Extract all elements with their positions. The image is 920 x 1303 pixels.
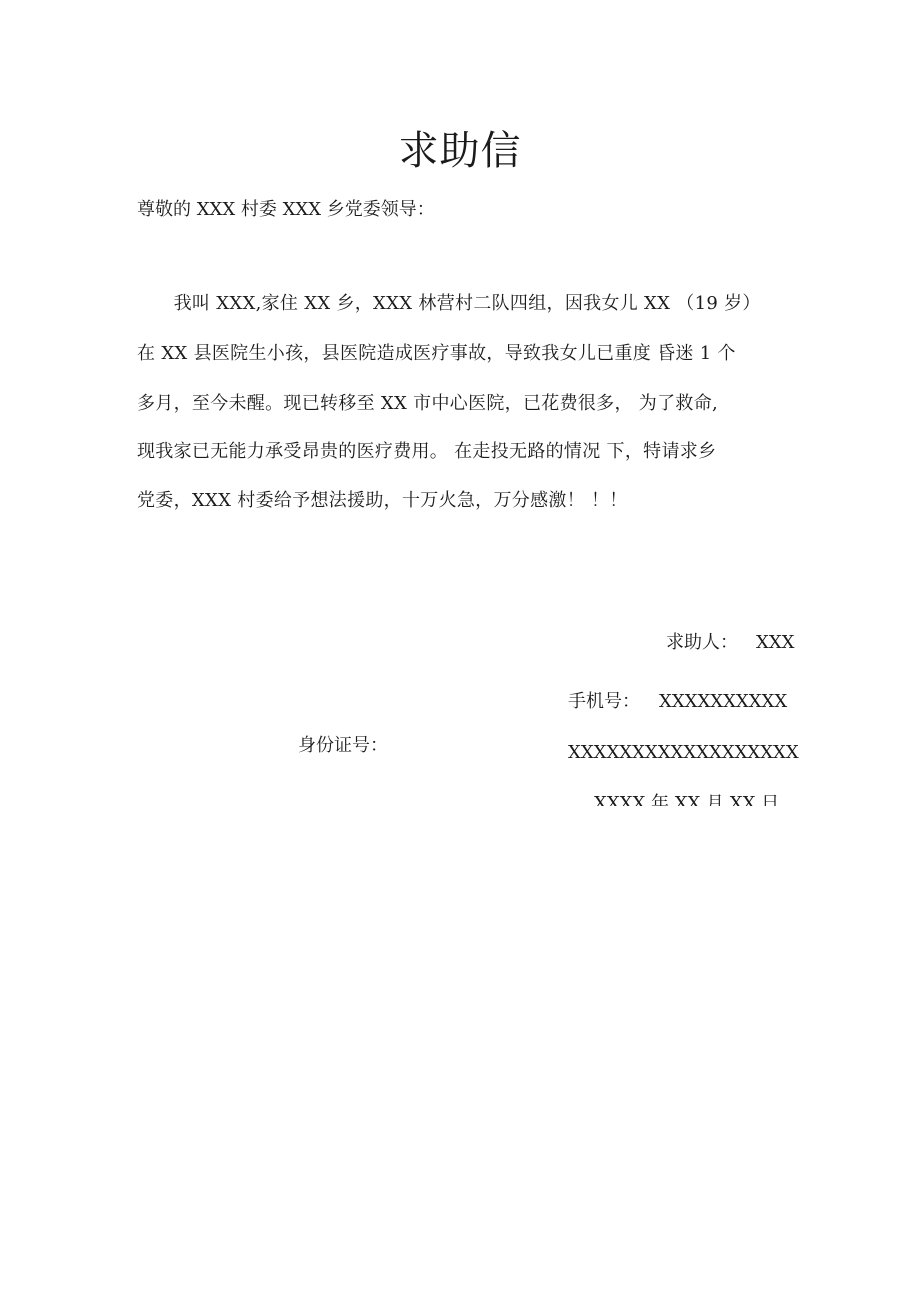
body-line: 多月，至今未醒。现已转移至 XX 市中心医院，已花费很多， 为了救命, [137, 390, 718, 418]
phone-value: XXXXXXXXXX [659, 688, 787, 716]
body-line: 我叫 XXX,家住 XX 乡，XXX 林营村二队四组，因我女儿 XX （19 岁… [137, 290, 761, 318]
id-value: XXXXXXXXXXXXXXXXXX [568, 739, 799, 767]
salutation: 尊敬的 XXX 村委 XXX 乡党委领导： [137, 196, 435, 224]
requester-label: 求助人： [666, 629, 738, 657]
page-blank-area [0, 806, 920, 1303]
body-line: 在 XX 县医院生小孩，县医院造成医疗事故，导致我女儿已重度 昏迷 1 个 [137, 340, 736, 368]
body-line: 党委，XXX 村委给予想法援助，十万火急，万分感激！ ！！ [137, 487, 628, 515]
body-line: 现我家已无能力承受昂贵的医疗费用。 在走投无路的情况 下，特请求乡 [137, 438, 716, 466]
requester-value: XXX [756, 629, 794, 657]
phone-label: 手机号： [568, 688, 640, 716]
letter-title: 求助信 [0, 124, 920, 178]
id-label: 身份证号： [298, 732, 388, 760]
